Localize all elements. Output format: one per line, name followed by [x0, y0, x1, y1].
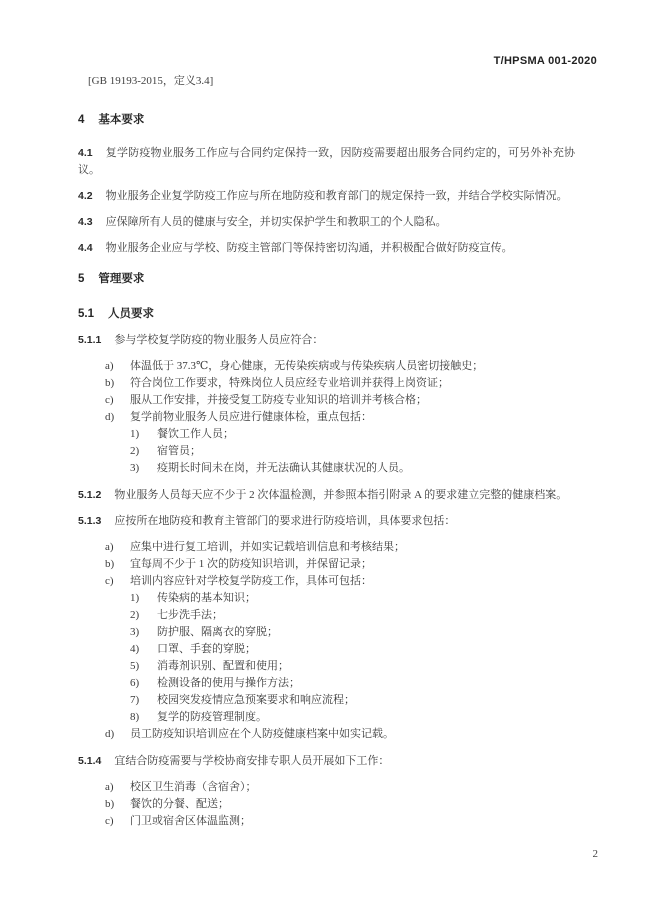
list-subitem: 2) 宿管员；: [78, 443, 575, 460]
clause-4-3: 4.3应保障所有人员的健康与安全，并切实保护学生和教职工的个人隐私。: [78, 214, 575, 231]
item-text: 校园突发疫情应急预案要求和响应流程；: [157, 692, 575, 709]
clause-number: 4.3: [78, 216, 93, 228]
clause-number: 4.1: [78, 147, 93, 159]
clause-5-1-1-list: a) 体温低于 37.3℃，身心健康，无传染疾病或与传染疾病人员密切接触史； b…: [78, 358, 575, 477]
clause-number: 5.1.2: [78, 489, 101, 501]
section-5-1-number: 5.1: [78, 308, 94, 320]
clause-number: 5.1.4: [78, 755, 101, 767]
item-label: 5): [130, 658, 157, 675]
item-text: 培训内容应针对学校复学防疫工作，具体可包括：: [130, 573, 575, 590]
list-item: a) 体温低于 37.3℃，身心健康，无传染疾病或与传染疾病人员密切接触史；: [78, 358, 575, 375]
list-item: d) 员工防疫知识培训应在个人防疫健康档案中如实记载。: [78, 726, 575, 743]
clause-5-1-1: 5.1.1参与学校复学防疫的物业服务人员应符合：: [78, 332, 575, 349]
item-text: 应集中进行复工培训，并如实记载培训信息和考核结果；: [130, 539, 575, 556]
item-text: 复学的防疫管理制度。: [157, 709, 575, 726]
list-item: a) 校区卫生消毒（含宿舍）；: [78, 779, 575, 796]
clause-5-1-4-list: a) 校区卫生消毒（含宿舍）； b) 餐饮的分餐、配送； c) 门卫或宿舍区体温…: [78, 779, 575, 830]
item-label: 2): [130, 607, 157, 624]
item-label: d): [105, 726, 130, 743]
section-4-number: 4: [78, 114, 84, 126]
item-label: c): [105, 573, 130, 590]
item-text: 门卫或宿舍区体温监测；: [130, 813, 575, 830]
item-label: a): [105, 779, 130, 796]
item-text: 消毒剂识别、配置和使用；: [157, 658, 575, 675]
item-label: 8): [130, 709, 157, 726]
list-item: c) 门卫或宿舍区体温监测；: [78, 813, 575, 830]
clause-number: 4.4: [78, 242, 93, 254]
list-subitem: 4) 口罩、手套的穿脱；: [78, 641, 575, 658]
clause-text: 物业服务人员每天应不少于 2 次体温检测，并参照本指引附录 A 的要求建立完整的…: [114, 489, 567, 501]
clause-4-1: 4.1复学防疫物业服务工作应与合同约定保持一致，因防疫需要超出服务合同约定的，可…: [78, 145, 575, 179]
clause-4-2: 4.2物业服务企业复学防疫工作应与所在地防疫和教育部门的规定保持一致，并结合学校…: [78, 188, 575, 205]
list-subitem: 5) 消毒剂识别、配置和使用；: [78, 658, 575, 675]
document-page: T/HPSMA 001-2020 [GB 19193-2015，定义3.4] 4…: [0, 0, 650, 919]
document-content: [GB 19193-2015，定义3.4] 4基本要求 4.1复学防疫物业服务工…: [78, 66, 575, 830]
item-label: 6): [130, 675, 157, 692]
item-label: 4): [130, 641, 157, 658]
list-item: b) 符合岗位工作要求，特殊岗位人员应经专业培训并获得上岗资证；: [78, 375, 575, 392]
item-text: 服从工作安排，并接受复工防疫专业知识的培训并考核合格；: [130, 392, 575, 409]
clause-5-1-4: 5.1.4宜结合防疫需要与学校协商安排专职人员开展如下工作：: [78, 753, 575, 770]
item-label: a): [105, 358, 130, 375]
list-subitem: 3) 疫期长时间未在岗，并无法确认其健康状况的人员。: [78, 460, 575, 477]
section-5-title: 管理要求: [98, 273, 144, 285]
clause-number: 5.1.3: [78, 515, 101, 527]
list-item: b) 宜每周不少于 1 次的防疫知识培训，并保留记录；: [78, 556, 575, 573]
item-text: 宿管员；: [157, 443, 575, 460]
item-text: 七步洗手法；: [157, 607, 575, 624]
clause-number: 4.2: [78, 190, 93, 202]
list-subitem: 1) 餐饮工作人员；: [78, 426, 575, 443]
item-text: 防护服、隔离衣的穿脱；: [157, 624, 575, 641]
list-subitem: 2) 七步洗手法；: [78, 607, 575, 624]
item-text: 疫期长时间未在岗，并无法确认其健康状况的人员。: [157, 460, 575, 477]
item-text: 口罩、手套的穿脱；: [157, 641, 575, 658]
section-5-heading: 5管理要求: [78, 271, 575, 288]
clause-text: 应按所在地防疫和教育主管部门的要求进行防疫培训，具体要求包括：: [114, 515, 455, 527]
item-label: d): [105, 409, 130, 426]
item-text: 传染病的基本知识；: [157, 590, 575, 607]
section-5-1-title: 人员要求: [108, 308, 154, 320]
clause-4-4: 4.4物业服务企业应与学校、防疫主管部门等保持密切沟通，并积极配合做好防疫宣传。: [78, 240, 575, 257]
item-label: b): [105, 556, 130, 573]
item-label: 3): [130, 624, 157, 641]
section-5-number: 5: [78, 273, 84, 285]
item-text: 餐饮工作人员；: [157, 426, 575, 443]
item-text: 体温低于 37.3℃，身心健康，无传染疾病或与传染疾病人员密切接触史；: [130, 358, 575, 375]
item-label: 1): [130, 426, 157, 443]
clause-text: 宜结合防疫需要与学校协商安排专职人员开展如下工作：: [114, 755, 389, 767]
list-item: d) 复学前物业服务人员应进行健康体检，重点包括：: [78, 409, 575, 426]
clause-5-1-3: 5.1.3应按所在地防疫和教育主管部门的要求进行防疫培训，具体要求包括：: [78, 513, 575, 530]
clause-number: 5.1.1: [78, 334, 101, 346]
clause-5-1-3-list: a) 应集中进行复工培训，并如实记载培训信息和考核结果； b) 宜每周不少于 1…: [78, 539, 575, 743]
item-text: 复学前物业服务人员应进行健康体检，重点包括：: [130, 409, 575, 426]
section-5-1-heading: 5.1人员要求: [78, 306, 575, 323]
item-text: 宜每周不少于 1 次的防疫知识培训，并保留记录；: [130, 556, 575, 573]
list-subitem: 8) 复学的防疫管理制度。: [78, 709, 575, 726]
list-item: a) 应集中进行复工培训，并如实记载培训信息和考核结果；: [78, 539, 575, 556]
item-label: b): [105, 375, 130, 392]
clause-text: 物业服务企业复学防疫工作应与所在地防疫和教育部门的规定保持一致，并结合学校实际情…: [106, 190, 568, 202]
item-label: 1): [130, 590, 157, 607]
section-4-title: 基本要求: [98, 114, 144, 126]
clause-text: 复学防疫物业服务工作应与合同约定保持一致，因防疫需要超出服务合同约定的，可另外补…: [78, 147, 575, 176]
item-label: c): [105, 813, 130, 830]
item-text: 员工防疫知识培训应在个人防疫健康档案中如实记载。: [130, 726, 575, 743]
item-label: b): [105, 796, 130, 813]
clause-text: 参与学校复学防疫的物业服务人员应符合：: [114, 334, 323, 346]
bracket-note: [GB 19193-2015，定义3.4]: [88, 73, 575, 90]
item-label: 3): [130, 460, 157, 477]
clause-text: 物业服务企业应与学校、防疫主管部门等保持密切沟通，并积极配合做好防疫宣传。: [106, 242, 513, 254]
item-text: 检测设备的使用与操作方法；: [157, 675, 575, 692]
clause-5-1-2: 5.1.2物业服务人员每天应不少于 2 次体温检测，并参照本指引附录 A 的要求…: [78, 487, 575, 504]
item-label: c): [105, 392, 130, 409]
list-subitem: 1) 传染病的基本知识；: [78, 590, 575, 607]
list-subitem: 7) 校园突发疫情应急预案要求和响应流程；: [78, 692, 575, 709]
item-text: 餐饮的分餐、配送；: [130, 796, 575, 813]
list-item: c) 服从工作安排，并接受复工防疫专业知识的培训并考核合格；: [78, 392, 575, 409]
list-subitem: 3) 防护服、隔离衣的穿脱；: [78, 624, 575, 641]
item-label: 7): [130, 692, 157, 709]
item-label: 2): [130, 443, 157, 460]
clause-text: 应保障所有人员的健康与安全，并切实保护学生和教职工的个人隐私。: [106, 216, 447, 228]
list-item: b) 餐饮的分餐、配送；: [78, 796, 575, 813]
item-text: 符合岗位工作要求，特殊岗位人员应经专业培训并获得上岗资证；: [130, 375, 575, 392]
section-4-heading: 4基本要求: [78, 112, 575, 129]
item-label: a): [105, 539, 130, 556]
item-text: 校区卫生消毒（含宿舍）；: [130, 779, 575, 796]
list-subitem: 6) 检测设备的使用与操作方法；: [78, 675, 575, 692]
page-number: 2: [593, 848, 599, 860]
list-item: c) 培训内容应针对学校复学防疫工作，具体可包括：: [78, 573, 575, 590]
